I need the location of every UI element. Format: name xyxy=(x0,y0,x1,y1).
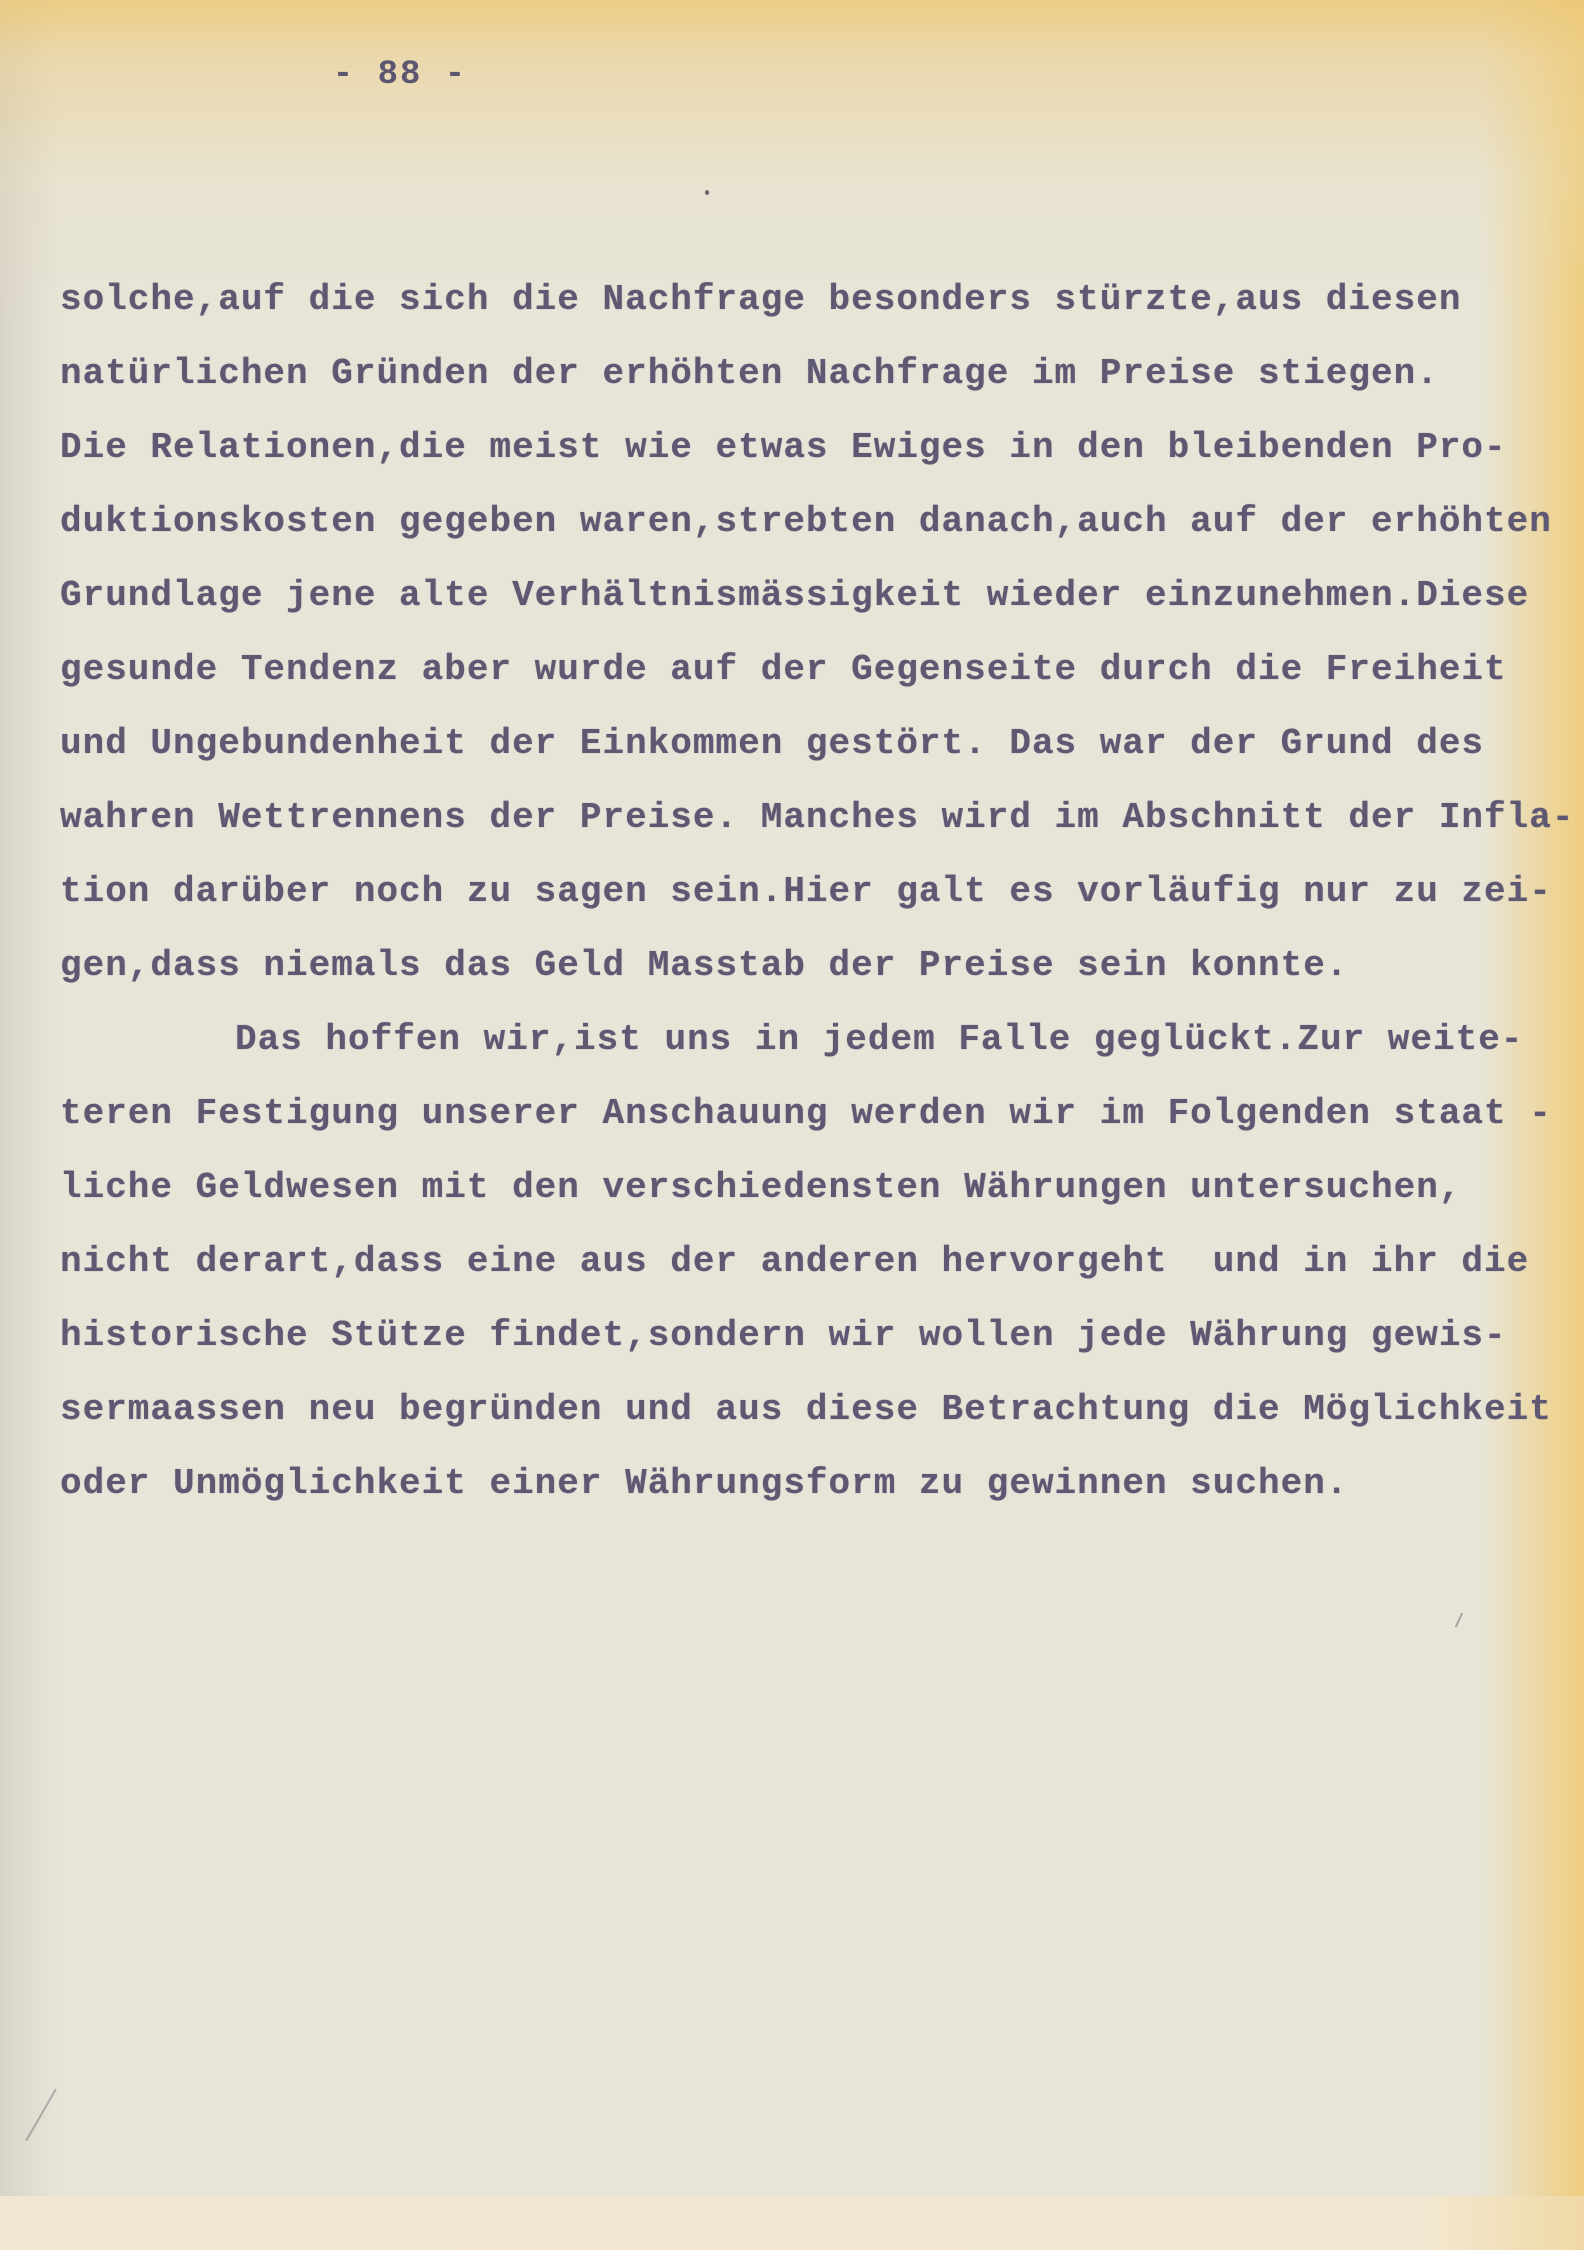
page-number: - 88 - xyxy=(330,56,470,94)
text-line: oder Unmöglichkeit einer Währungsform zu… xyxy=(60,1454,1574,1528)
text-line: historische Stütze findet,sondern wir wo… xyxy=(60,1306,1574,1380)
text-line: gen,dass niemals das Geld Masstab der Pr… xyxy=(60,936,1574,1010)
text-line: natürlichen Gründen der erhöhten Nachfra… xyxy=(60,344,1574,418)
text-line: Die Relationen,die meist wie etwas Ewige… xyxy=(60,418,1574,492)
text-line: nicht derart,dass eine aus der anderen h… xyxy=(60,1232,1574,1306)
text-line: duktionskosten gegeben waren,strebten da… xyxy=(60,492,1574,566)
text-line: wahren Wettrennens der Preise. Manches w… xyxy=(60,788,1574,862)
text-line: sermaassen neu begründen und aus diese B… xyxy=(60,1380,1574,1454)
text-line: solche,auf die sich die Nachfrage besond… xyxy=(60,270,1574,344)
text-line: tion darüber noch zu sagen sein.Hier gal… xyxy=(60,862,1574,936)
text-line: teren Festigung unserer Anschauung werde… xyxy=(60,1084,1574,1158)
text-line: und Ungebundenheit der Einkommen gestört… xyxy=(60,714,1574,788)
text-line: Grundlage jene alte Verhältnismässigkeit… xyxy=(60,566,1574,640)
text-line-paragraph-start: Das hoffen wir,ist uns in jedem Falle ge… xyxy=(60,1010,1574,1084)
page-bottom-edge xyxy=(0,2196,1584,2250)
body-text: solche,auf die sich die Nachfrage besond… xyxy=(60,270,1574,1528)
text-line: liche Geldwesen mit den verschiedensten … xyxy=(60,1158,1574,1232)
text-line: gesunde Tendenz aber wurde auf der Gegen… xyxy=(60,640,1574,714)
ink-speck xyxy=(705,190,709,195)
